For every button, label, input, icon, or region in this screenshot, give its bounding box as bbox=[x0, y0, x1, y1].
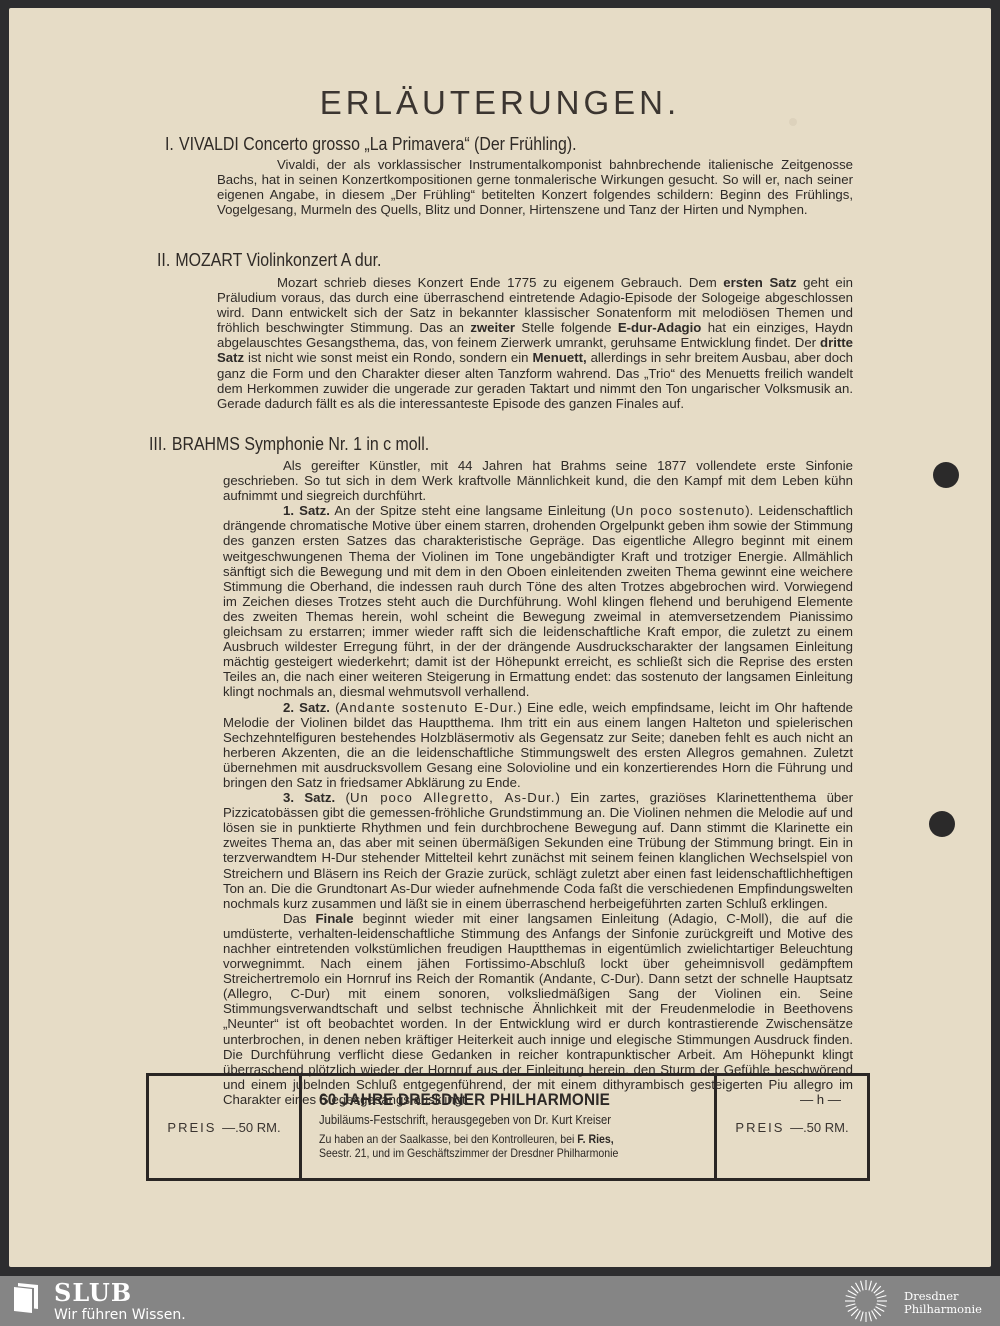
dresdner-philharmonie-sunburst-icon bbox=[842, 1279, 890, 1323]
ad-center-panel: 60 JAHRE DRESDNER PHILHARMONIE Jubiläums… bbox=[299, 1076, 717, 1178]
movement-2-paragraph: 2. Satz. (Andante sostenuto E-Dur.) Eine… bbox=[223, 700, 853, 791]
section-text-mozart: Mozart schrieb dieses Konzert Ende 1775 … bbox=[217, 275, 853, 411]
section-number: I. bbox=[165, 133, 174, 154]
scanned-page: ERLÄUTERUNGEN. I.VIVALDI Concerto grosso… bbox=[9, 8, 991, 1267]
slub-book-icon bbox=[14, 1283, 40, 1313]
viewer-footer: SLUB Wir führen Wissen. Dresdner Philhar… bbox=[0, 1276, 1000, 1326]
page-title: ERLÄUTERUNGEN. bbox=[9, 84, 991, 122]
ad-heading: 60 JAHRE DRESDNER PHILHARMONIE bbox=[319, 1090, 675, 1110]
section-number: II. bbox=[157, 249, 170, 270]
festschrift-advertisement: PREIS —.50 RM. 60 JAHRE DRESDNER PHILHAR… bbox=[146, 1073, 870, 1181]
intro-paragraph: Als gereifter Künstler, mit 44 Jahren ha… bbox=[223, 458, 853, 503]
slub-brand[interactable]: SLUB bbox=[54, 1278, 132, 1307]
paragraph: Vivaldi, der als vorklassischer Instrume… bbox=[217, 157, 853, 217]
section-text-brahms: Als gereifter Künstler, mit 44 Jahren ha… bbox=[223, 458, 853, 1107]
punch-hole-bottom bbox=[929, 811, 955, 837]
section-heading-mozart: II.MOZART Violinkonzert A dur. bbox=[157, 249, 381, 271]
ad-availability: Zu haben an der Saalkasse, bei den Kontr… bbox=[319, 1132, 667, 1160]
dresdner-philharmonie-brand[interactable]: Dresdner Philharmonie bbox=[904, 1290, 982, 1316]
ad-subtitle: Jubiläums-Festschrift, herausgegeben von… bbox=[319, 1113, 675, 1127]
paragraph: Mozart schrieb dieses Konzert Ende 1775 … bbox=[217, 275, 853, 411]
section-number: III. bbox=[149, 433, 167, 454]
composer-name: VIVALDI bbox=[179, 133, 239, 154]
slub-tagline: Wir führen Wissen. bbox=[54, 1307, 186, 1323]
section-heading-brahms: III.BRAHMS Symphonie Nr. 1 in c moll. bbox=[149, 433, 429, 455]
price-label-right: PREIS —.50 RM. bbox=[717, 1076, 867, 1178]
movement-1-paragraph: 1. Satz. An der Spitze steht eine langsa… bbox=[223, 503, 853, 699]
work-title: Concerto grosso „La Primavera“ (Der Früh… bbox=[243, 133, 576, 154]
work-title: Symphonie Nr. 1 in c moll. bbox=[244, 433, 429, 454]
work-title: Violinkonzert A dur. bbox=[246, 249, 381, 270]
price-label-left: PREIS —.50 RM. bbox=[149, 1076, 299, 1178]
punch-hole-top bbox=[933, 462, 959, 488]
composer-name: BRAHMS bbox=[172, 433, 240, 454]
section-heading-vivaldi: I.VIVALDI Concerto grosso „La Primavera“… bbox=[165, 133, 577, 155]
section-text-vivaldi: Vivaldi, der als vorklassischer Instrume… bbox=[217, 157, 853, 217]
composer-name: MOZART bbox=[175, 249, 242, 270]
movement-3-paragraph: 3. Satz. (Un poco Allegretto, As-Dur.) E… bbox=[223, 790, 853, 911]
